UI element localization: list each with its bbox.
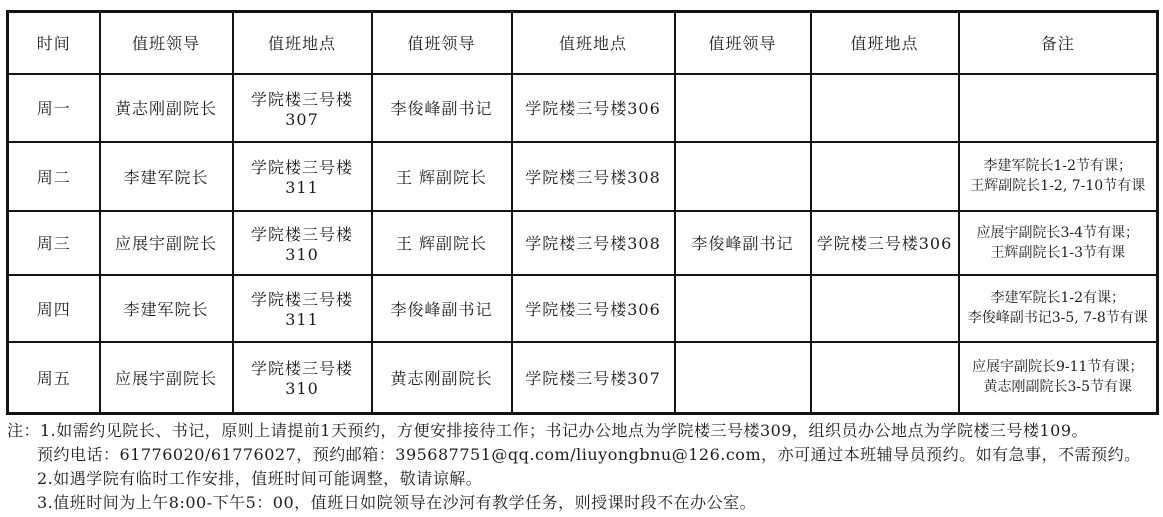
location-cell: 学院楼三号楼311	[233, 275, 372, 342]
leader-cell	[675, 275, 811, 342]
day-cell: 周二	[8, 142, 100, 211]
leader-cell: 王 辉副院长	[372, 211, 512, 275]
note-line-3: 2.如遇学院有临时工作安排，值班时间可能调整，敬请谅解。	[37, 467, 1141, 491]
leader-cell	[675, 142, 811, 211]
location-cell: 学院楼三号楼311	[233, 142, 372, 211]
header-cell-leader-3: 值班领导	[675, 12, 811, 74]
leader-cell: 王 辉副院长	[372, 142, 512, 211]
location-cell: 学院楼三号楼310	[233, 211, 372, 275]
leader-cell: 应展宇副院长	[100, 342, 233, 414]
remark-cell: 李建军院长1-2节有课； 王辉副院长1-2, 7-10节有课	[959, 142, 1158, 211]
remark-cell	[959, 74, 1158, 142]
leader-cell: 李建军院长	[100, 142, 233, 211]
remark-cell: 应展宇副院长9-11节有课； 黄志刚副院长3-5节有课	[959, 342, 1158, 414]
day-cell: 周四	[8, 275, 100, 342]
table-row: 周四 李建军院长 学院楼三号楼311 李俊峰副书记 学院楼三号楼306 李建军院…	[8, 275, 1158, 342]
header-cell-remark: 备注	[959, 12, 1158, 74]
location-cell: 学院楼三号楼308	[512, 142, 675, 211]
table-row: 周五 应展宇副院长 学院楼三号楼310 黄志刚副院长 学院楼三号楼307 应展宇…	[8, 342, 1158, 414]
location-cell: 学院楼三号楼308	[512, 211, 675, 275]
leader-cell: 李俊峰副书记	[675, 211, 811, 275]
header-cell-leader-1: 值班领导	[100, 12, 233, 74]
location-cell	[811, 142, 959, 211]
header-cell-time: 时间	[8, 12, 100, 74]
duty-schedule-table: 时间 值班领导 值班地点 值班领导 值班地点 值班领导 值班地点 备注 周一 黄…	[6, 10, 1159, 415]
table-row: 周一 黄志刚副院长 学院楼三号楼307 李俊峰副书记 学院楼三号楼306	[8, 74, 1158, 142]
leader-cell: 李建军院长	[100, 275, 233, 342]
location-cell: 学院楼三号楼306	[512, 74, 675, 142]
location-cell: 学院楼三号楼306	[811, 211, 959, 275]
location-cell	[811, 74, 959, 142]
note-line-2: 预约电话：61776020/61776027，预约邮箱：395687751@qq…	[37, 443, 1141, 467]
leader-cell: 黄志刚副院长	[100, 74, 233, 142]
header-cell-location-1: 值班地点	[233, 12, 372, 74]
location-cell	[811, 275, 959, 342]
location-cell: 学院楼三号楼307	[512, 342, 675, 414]
location-cell	[811, 342, 959, 414]
leader-cell: 应展宇副院长	[100, 211, 233, 275]
header-cell-leader-2: 值班领导	[372, 12, 512, 74]
header-cell-location-2: 值班地点	[512, 12, 675, 74]
header-cell-location-3: 值班地点	[811, 12, 959, 74]
remark-cell: 应展宇副院长3-4节有课； 王辉副院长1-3节有课	[959, 211, 1158, 275]
footnotes: 注：1.如需约见院长、书记，原则上请提前1天预约，方便安排接待工作；书记办公地点…	[7, 419, 1141, 515]
day-cell: 周三	[8, 211, 100, 275]
leader-cell	[675, 74, 811, 142]
leader-cell	[675, 342, 811, 414]
leader-cell: 李俊峰副书记	[372, 74, 512, 142]
leader-cell: 黄志刚副院长	[372, 342, 512, 414]
day-cell: 周五	[8, 342, 100, 414]
location-cell: 学院楼三号楼307	[233, 74, 372, 142]
table-row: 周二 李建军院长 学院楼三号楼311 王 辉副院长 学院楼三号楼308 李建军院…	[8, 142, 1158, 211]
location-cell: 学院楼三号楼310	[233, 342, 372, 414]
table-row: 周三 应展宇副院长 学院楼三号楼310 王 辉副院长 学院楼三号楼308 李俊峰…	[8, 211, 1158, 275]
table-header-row: 时间 值班领导 值班地点 值班领导 值班地点 值班领导 值班地点 备注	[8, 12, 1158, 74]
location-cell: 学院楼三号楼306	[512, 275, 675, 342]
day-cell: 周一	[8, 74, 100, 142]
remark-cell: 李建军院长1-2有课； 李俊峰副书记3-5, 7-8节有课	[959, 275, 1158, 342]
leader-cell: 李俊峰副书记	[372, 275, 512, 342]
note-line-4: 3.值班时间为上午8:00-下午5：00，值班日如院领导在沙河有教学任务，则授课…	[37, 491, 1141, 515]
note-line-1: 注：1.如需约见院长、书记，原则上请提前1天预约，方便安排接待工作；书记办公地点…	[7, 419, 1141, 443]
